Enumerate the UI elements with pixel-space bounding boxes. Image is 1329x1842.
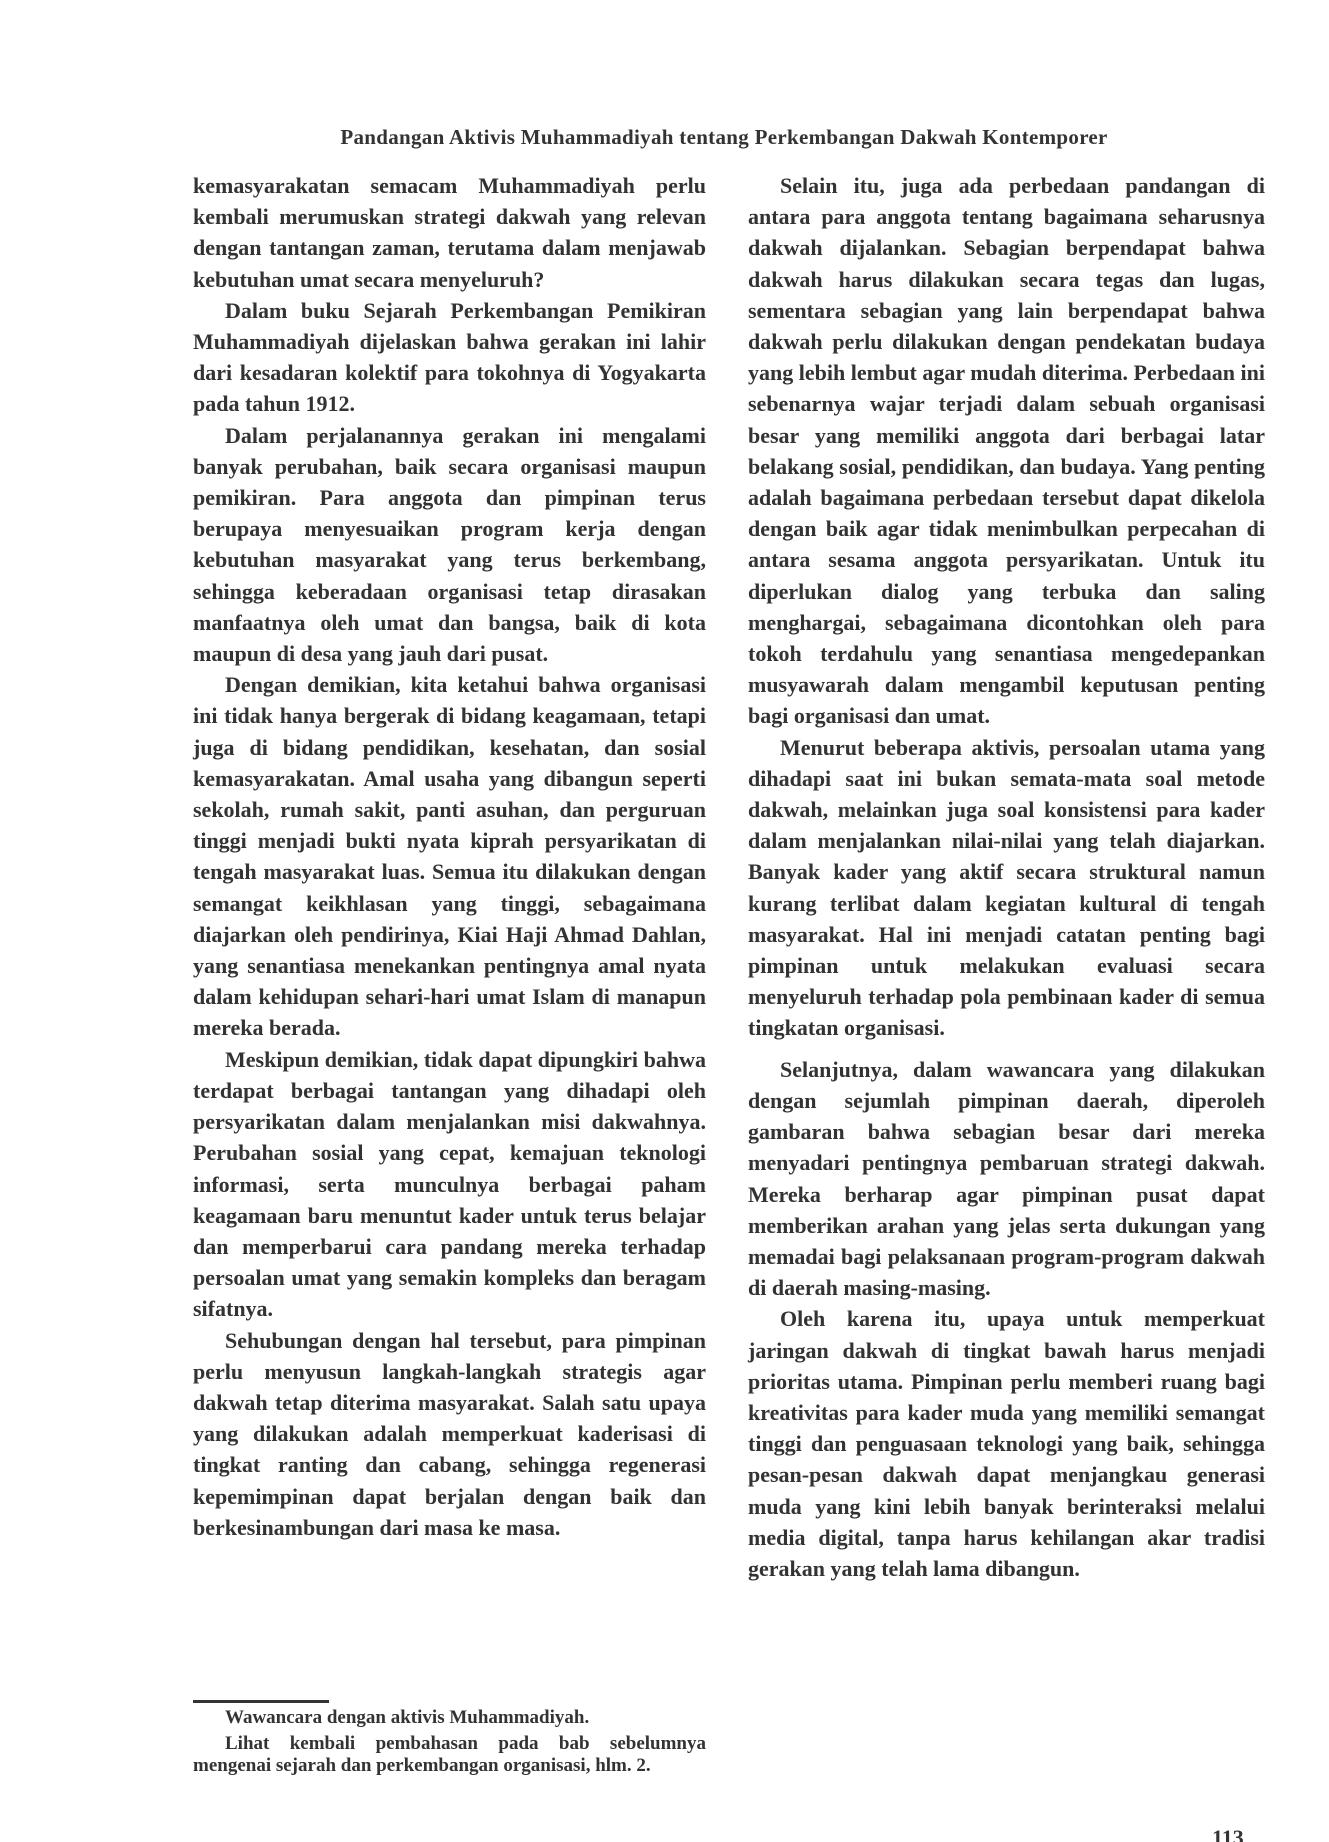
running-header: Pandangan Aktivis Muhammadiyah tentang P… [335, 122, 1113, 152]
right-column: Selain itu, juga ada perbedaan pandangan… [748, 170, 1265, 1584]
paragraph: Dalam buku Sejarah Perkembangan Pemikira… [193, 295, 706, 420]
paragraph: Dalam perjalanannya gerakan ini mengalam… [193, 420, 706, 670]
footnote: Lihat kembali pembahasan pada bab sebelu… [193, 1733, 706, 1777]
paragraph: Dengan demikian, kita ketahui bahwa orga… [193, 669, 706, 1043]
paragraph: Selain itu, juga ada perbedaan pandangan… [748, 170, 1265, 732]
footnote-separator [193, 1700, 329, 1703]
paragraph: Oleh karena itu, upaya untuk memperkuat … [748, 1303, 1265, 1584]
paragraph: Meskipun demikian, tidak dapat dipungkir… [193, 1044, 706, 1325]
paragraph: kemasyarakatan semacam Muhammadiyah perl… [193, 170, 706, 295]
page-number: 113 [1212, 1826, 1244, 1842]
footnote: Wawancara dengan aktivis Muhammadiyah. [193, 1707, 706, 1729]
paragraph: Selanjutnya, dalam wawancara yang dilaku… [748, 1054, 1265, 1304]
footnotes: Wawancara dengan aktivis Muhammadiyah. L… [193, 1700, 706, 1781]
paragraph: Menurut beberapa aktivis, persoalan utam… [748, 732, 1265, 1044]
paragraph: Sehubungan dengan hal tersebut, para pim… [193, 1325, 706, 1543]
left-column: kemasyarakatan semacam Muhammadiyah perl… [193, 170, 706, 1543]
